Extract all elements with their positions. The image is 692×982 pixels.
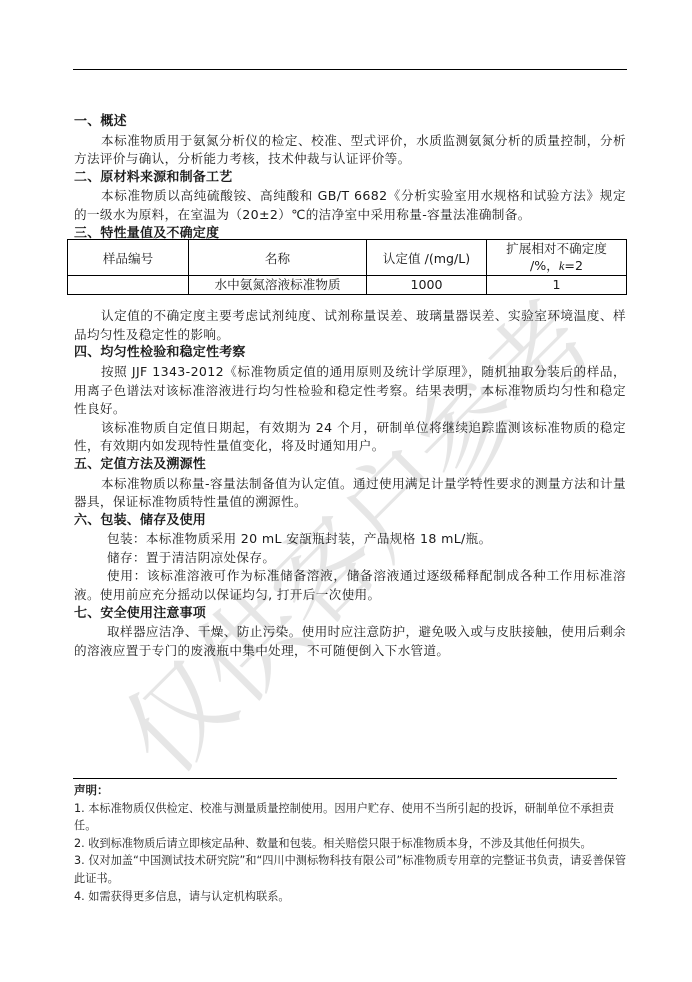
statement-notes: 声明： 1. 本标准物质仅供检定、校准与测量质量控制使用。因用户贮存、使用不当所… [74,782,629,905]
uncertainty-paragraph: 认定值的不确定度主要考虑试剂纯度、试剂称量误差、玻璃量器误差、实验室环境温度、样… [74,307,626,344]
safety-paragraph: 取样器应洁净、干燥、防止污染。使用时应注意防护，避免吸入或与皮肤接触，使用后剩余… [74,623,626,660]
document-body: 一、概述 本标准物质用于氨氮分析仪的检定、校准、型式评价，水质监测氨氮分析的质量… [74,113,626,660]
table-header-row: 样品编号 名称 认定值 /(mg/L) 扩展相对不确定度 /%，k=2 [68,240,627,276]
header-certified-value: 认定值 /(mg/L) [367,240,487,276]
header-unit: /%， [530,258,559,273]
notes-title: 声明： [74,782,629,800]
cell-certified-value: 1000 [367,276,487,295]
section-heading-safety: 七、安全使用注意事项 [74,605,626,624]
section-heading-traceability: 五、定值方法及溯源性 [74,456,626,475]
packaging-paragraph: 包装：本标准物质采用 20 mL 安瓿瓶封装，产品规格 18 mL/瓶。 [74,530,626,549]
usage-paragraph: 使用：该标准溶液可作为标准储备溶液，储备溶液通过逐级稀释配制成各种工作用标准溶液… [74,567,626,604]
section-heading-homogeneity: 四、均匀性检验和稳定性考察 [74,344,626,363]
section-heading-materials: 二、原材料来源和制备工艺 [74,169,626,188]
header-uncertainty-line1: 扩展相对不确定度 [487,240,626,257]
cell-name: 水中氨氮溶液标准物质 [189,276,367,295]
note-item: 3. 仅对加盖“中国测试技术研究院”和“四川中测标物科技有限公司”标准物质专用章… [74,852,629,887]
section-heading-overview: 一、概述 [74,113,626,132]
note-item: 2. 收到标准物质后请立即核定品种、数量和包装。相关赔偿只限于标准物质本身，不涉… [74,835,629,853]
overview-paragraph: 本标准物质用于氨氮分析仪的检定、校准、型式评价，水质监测氨氮分析的质量控制，分析… [74,132,626,169]
header-name: 名称 [189,240,367,276]
header-rule [73,69,627,70]
note-item: 4. 如需获得更多信息，请与认定机构联系。 [74,888,629,906]
note-item: 1. 本标准物质仅供检定、校准与测量质量控制使用。因用户贮存、使用不当所引起的投… [74,800,629,835]
header-sample-id: 样品编号 [68,240,189,276]
header-expanded-uncertainty: 扩展相对不确定度 /%，k=2 [487,240,627,276]
header-uncertainty-line2: /%，k=2 [487,257,626,275]
stability-paragraph: 该标准物质自定值日期起，有效期为 24 个月，研制单位将继续追踪监测该标准物质的… [74,419,626,456]
table-row: 水中氨氮溶液标准物质 1000 1 [68,276,627,295]
traceability-paragraph: 本标准物质以称量-容量法制备值为认定值。通过使用满足计量学特性要求的测量方法和计… [74,475,626,512]
section-heading-packaging: 六、包装、储存及使用 [74,512,626,531]
cell-sample-id [68,276,189,295]
homogeneity-paragraph: 按照 JJF 1343-2012《标准物质定值的通用原则及统计学原理》，随机抽取… [74,363,626,419]
storage-paragraph: 储存：置于清洁阴凉处保存。 [74,549,626,568]
cell-uncertainty: 1 [487,276,627,295]
property-value-table: 样品编号 名称 认定值 /(mg/L) 扩展相对不确定度 /%，k=2 水中氨氮… [67,239,627,295]
materials-paragraph: 本标准物质以高纯硫酸铵、高纯酸和 GB/T 6682《分析实验室用水规格和试验方… [74,187,626,224]
header-k-value: =2 [564,258,583,273]
footer-rule [73,778,617,779]
